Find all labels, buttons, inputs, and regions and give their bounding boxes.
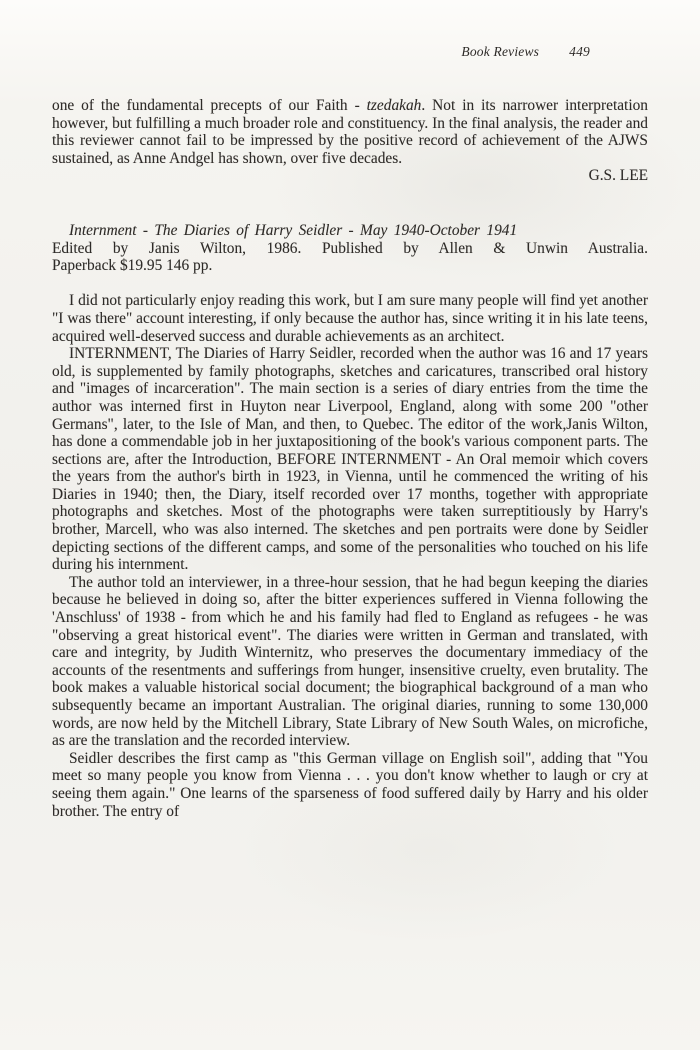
review-paragraph-3: The author told an interviewer, in a thr… — [52, 574, 648, 750]
citation-publisher-line: Edited by Janis Wilton, 1986. Published … — [52, 240, 648, 258]
book-citation-block: Internment - The Diaries of Harry Seidle… — [52, 222, 648, 275]
running-head-section-title: Book Reviews — [461, 44, 539, 59]
reviewer-signature: G.S. LEE — [52, 167, 648, 185]
previous-review-text-before-italic: one of the fundamental precepts of our F… — [52, 97, 367, 114]
review-body: I did not particularly enjoy reading thi… — [52, 292, 648, 820]
review-paragraph-1: I did not particularly enjoy reading thi… — [52, 292, 648, 345]
scanned-book-page: Book Reviews449 one of the fundamental p… — [0, 0, 700, 1050]
book-title: Internment - The Diaries of Harry Seidle… — [52, 222, 648, 240]
italic-term-tzedakah: tzedakah — [367, 97, 422, 114]
page-number: 449 — [569, 44, 590, 59]
running-head: Book Reviews449 — [461, 44, 590, 60]
page-text-block: one of the fundamental precepts of our F… — [52, 97, 648, 820]
previous-review-conclusion-paragraph: one of the fundamental precepts of our F… — [52, 97, 648, 167]
citation-format-price-line: Paperback $19.95 146 pp. — [52, 257, 648, 275]
review-paragraph-4: Seidler describes the first camp as "thi… — [52, 750, 648, 820]
review-paragraph-2: INTERNMENT, The Diaries of Harry Seidler… — [52, 345, 648, 574]
